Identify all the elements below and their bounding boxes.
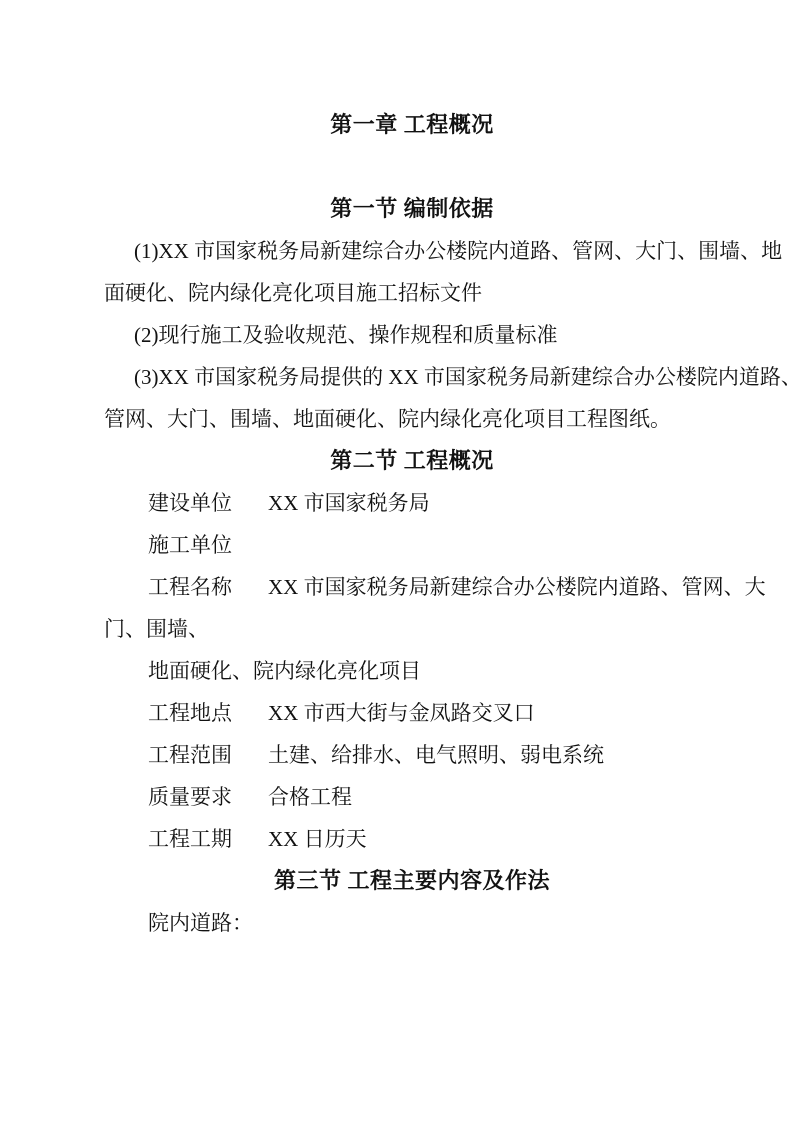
blank-line [104, 146, 720, 188]
info-label: 工程地点 [148, 692, 268, 734]
basis-item-3-line-1: (3)XX 市国家税务局提供的 XX 市国家税务局新建综合办公楼院内道路、 [104, 356, 720, 398]
chapter-title: 第一章 工程概况 [104, 104, 720, 146]
basis-item-2: (2)现行施工及验收规范、操作规程和质量标准 [104, 314, 720, 356]
section-3-title: 第三节 工程主要内容及作法 [104, 860, 720, 902]
info-label: 工程名称 [148, 566, 268, 608]
info-row-project-duration: 工程工期XX 日历天 [104, 818, 720, 860]
info-label: 工程范围 [148, 734, 268, 776]
info-value: XX 市国家税务局 [268, 491, 430, 515]
info-row-project-location: 工程地点XX 市西大街与金凤路交叉口 [104, 692, 720, 734]
info-label: 施工单位 [148, 524, 268, 566]
section-1-title: 第一节 编制依据 [104, 188, 720, 230]
info-value: XX 市西大街与金凤路交叉口 [268, 701, 535, 725]
info-row-construction-unit: 建设单位XX 市国家税务局 [104, 482, 720, 524]
info-value: 合格工程 [268, 785, 352, 809]
basis-item-3-line-2: 管网、大门、围墙、地面硬化、院内绿化亮化项目工程图纸。 [104, 398, 720, 440]
info-row-project-scope: 工程范围土建、给排水、电气照明、弱电系统 [104, 734, 720, 776]
info-row-contractor: 施工单位 [104, 524, 720, 566]
project-name-continuation-line: 地面硬化、院内绿化亮化项目 [104, 650, 720, 692]
basis-item-1-line-2: 面硬化、院内绿化亮化项目施工招标文件 [104, 272, 720, 314]
info-row-project-name: 工程名称XX 市国家税务局新建综合办公楼院内道路、管网、大 [104, 566, 720, 608]
info-value: XX 市国家税务局新建综合办公楼院内道路、管网、大 [268, 575, 766, 599]
info-value: 土建、给排水、电气照明、弱电系统 [268, 743, 604, 767]
info-label: 质量要求 [148, 776, 268, 818]
section-2-title: 第二节 工程概况 [104, 440, 720, 482]
info-row-quality-requirement: 质量要求合格工程 [104, 776, 720, 818]
document-body: 第一章 工程概况 第一节 编制依据 (1)XX 市国家税务局新建综合办公楼院内道… [104, 104, 720, 944]
courtyard-road-lead-line: 院内道路： [104, 902, 720, 944]
info-label: 工程工期 [148, 818, 268, 860]
info-label: 建设单位 [148, 482, 268, 524]
document-page: { "page": { "background": "#ffffff", "te… [0, 0, 793, 1122]
info-value: XX 日历天 [268, 827, 367, 851]
project-name-wrap-line: 门、围墙、 [104, 608, 720, 650]
basis-item-1-line-1: (1)XX 市国家税务局新建综合办公楼院内道路、管网、大门、围墙、地 [104, 230, 720, 272]
